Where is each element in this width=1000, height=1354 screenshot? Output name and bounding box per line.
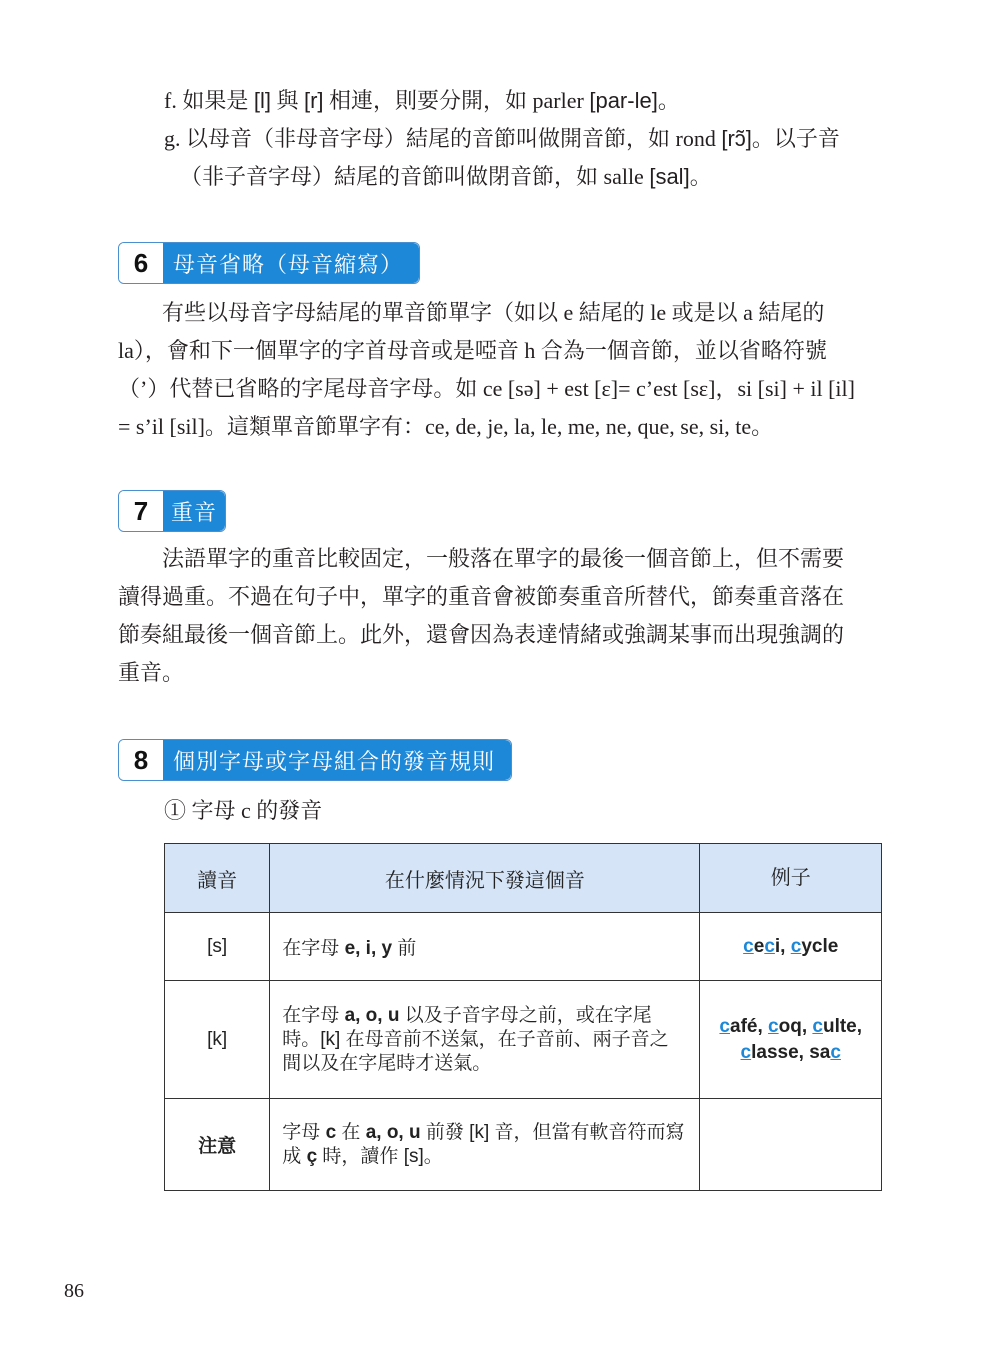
paragraph-line: 法語單字的重音比較固定，一般落在單字的最後一個音節上，但不需要 <box>118 540 884 578</box>
cell-condition: 字母 c 在 a, o, u 前發 [k] 音，但當有軟音符而寫成 ç 時，讀作… <box>270 1099 700 1191</box>
item-marker: f. <box>164 88 177 113</box>
cell-examples: café, coq, culte,classe, sac <box>700 981 882 1099</box>
table-row: [k] 在字母 a, o, u 以及子音字母之前，或在字尾時。[k] 在母音前不… <box>165 981 882 1099</box>
table-row: [s] 在字母 e, i, y 前 ceci, cycle <box>165 913 882 981</box>
paragraph-line: la），會和下一個單字的字首母音或是啞音 h 合為一個音節，並以省略符號 <box>118 332 884 370</box>
cell-examples: ceci, cycle <box>700 913 882 981</box>
section-title: 母音省略（母音縮寫） <box>163 243 419 283</box>
section-number: 8 <box>119 740 163 780</box>
paragraph-line: = s’il [sil]。這類單音節單字有：ce, de, je, la, le… <box>118 408 884 446</box>
section-title: 個別字母或字母組合的發音規則 <box>163 740 511 780</box>
paragraph-line: 重音。 <box>118 654 884 692</box>
section-7-paragraph: 法語單字的重音比較固定，一般落在單字的最後一個音節上，但不需要 讀得過重。不過在… <box>118 540 884 692</box>
list-item-g-line1: g. 以母音（非母音字母）結尾的音節叫做開音節，如 rond [rɔ̃]。以子音 <box>164 124 884 154</box>
ipa-text: [par-le] <box>589 88 657 113</box>
section-title: 重音 <box>163 491 225 531</box>
subheading-letter-c: ① 字母 c 的發音 <box>164 796 322 826</box>
item-text: （非子音字母）結尾的音節叫做閉音節，如 salle <box>180 164 649 189</box>
item-text: 。 <box>658 88 680 113</box>
item-text: 相連，則要分開，如 parler <box>324 88 590 113</box>
section-number: 7 <box>119 491 163 531</box>
pronunciation-table: 讀音 在什麼情況下發這個音 例子 [s] 在字母 e, i, y 前 ceci,… <box>164 843 882 1191</box>
item-marker: g. <box>164 126 181 151</box>
cell-note-label: 注意 <box>165 1099 270 1191</box>
section-heading-7: 7 重音 <box>118 490 226 532</box>
section-heading-8: 8 個別字母或字母組合的發音規則 <box>118 739 512 781</box>
cell-sound: [s] <box>165 913 270 981</box>
page-number: 86 <box>64 1280 84 1303</box>
item-text: 如果是 <box>182 88 254 113</box>
cell-examples <box>700 1099 882 1191</box>
paragraph-line: 讀得過重。不過在句子中，單字的重音會被節奏重音所替代，節奏重音落在 <box>118 578 884 616</box>
ipa-text: [sal] <box>649 164 689 189</box>
header-examples: 例子 <box>700 844 882 913</box>
ipa-text: [rɔ̃] <box>721 126 752 151</box>
header-sound: 讀音 <box>165 844 270 913</box>
ipa-text: [l] <box>254 88 271 113</box>
cell-condition: 在字母 a, o, u 以及子音字母之前，或在字尾時。[k] 在母音前不送氣，在… <box>270 981 700 1099</box>
section-6-paragraph: 有些以母音字母結尾的單音節單字（如以 e 結尾的 le 或是以 a 結尾的 la… <box>118 294 884 446</box>
section-heading-6: 6 母音省略（母音縮寫） <box>118 242 420 284</box>
paragraph-line: （’）代替已省略的字尾母音字母。如 ce [sə] + est [ɛ]= c’e… <box>118 370 884 408</box>
ipa-text: [r] <box>304 88 324 113</box>
table-row: 注意 字母 c 在 a, o, u 前發 [k] 音，但當有軟音符而寫成 ç 時… <box>165 1099 882 1191</box>
header-condition: 在什麼情況下發這個音 <box>270 844 700 913</box>
item-text: 。以子音 <box>752 126 840 151</box>
item-text: 與 <box>271 88 304 113</box>
item-text: 以母音（非母音字母）結尾的音節叫做開音節，如 rond <box>186 126 721 151</box>
item-text: 。 <box>690 164 712 189</box>
table-header-row: 讀音 在什麼情況下發這個音 例子 <box>165 844 882 913</box>
list-item-g-line2: （非子音字母）結尾的音節叫做閉音節，如 salle [sal]。 <box>180 162 712 192</box>
cell-condition: 在字母 e, i, y 前 <box>270 913 700 981</box>
section-number: 6 <box>119 243 163 283</box>
list-item-f: f. 如果是 [l] 與 [r] 相連，則要分開，如 parler [par-l… <box>164 86 680 116</box>
cell-sound: [k] <box>165 981 270 1099</box>
paragraph-line: 節奏組最後一個音節上。此外，還會因為表達情緒或強調某事而出現強調的 <box>118 616 884 654</box>
paragraph-line: 有些以母音字母結尾的單音節單字（如以 e 結尾的 le 或是以 a 結尾的 <box>118 294 884 332</box>
